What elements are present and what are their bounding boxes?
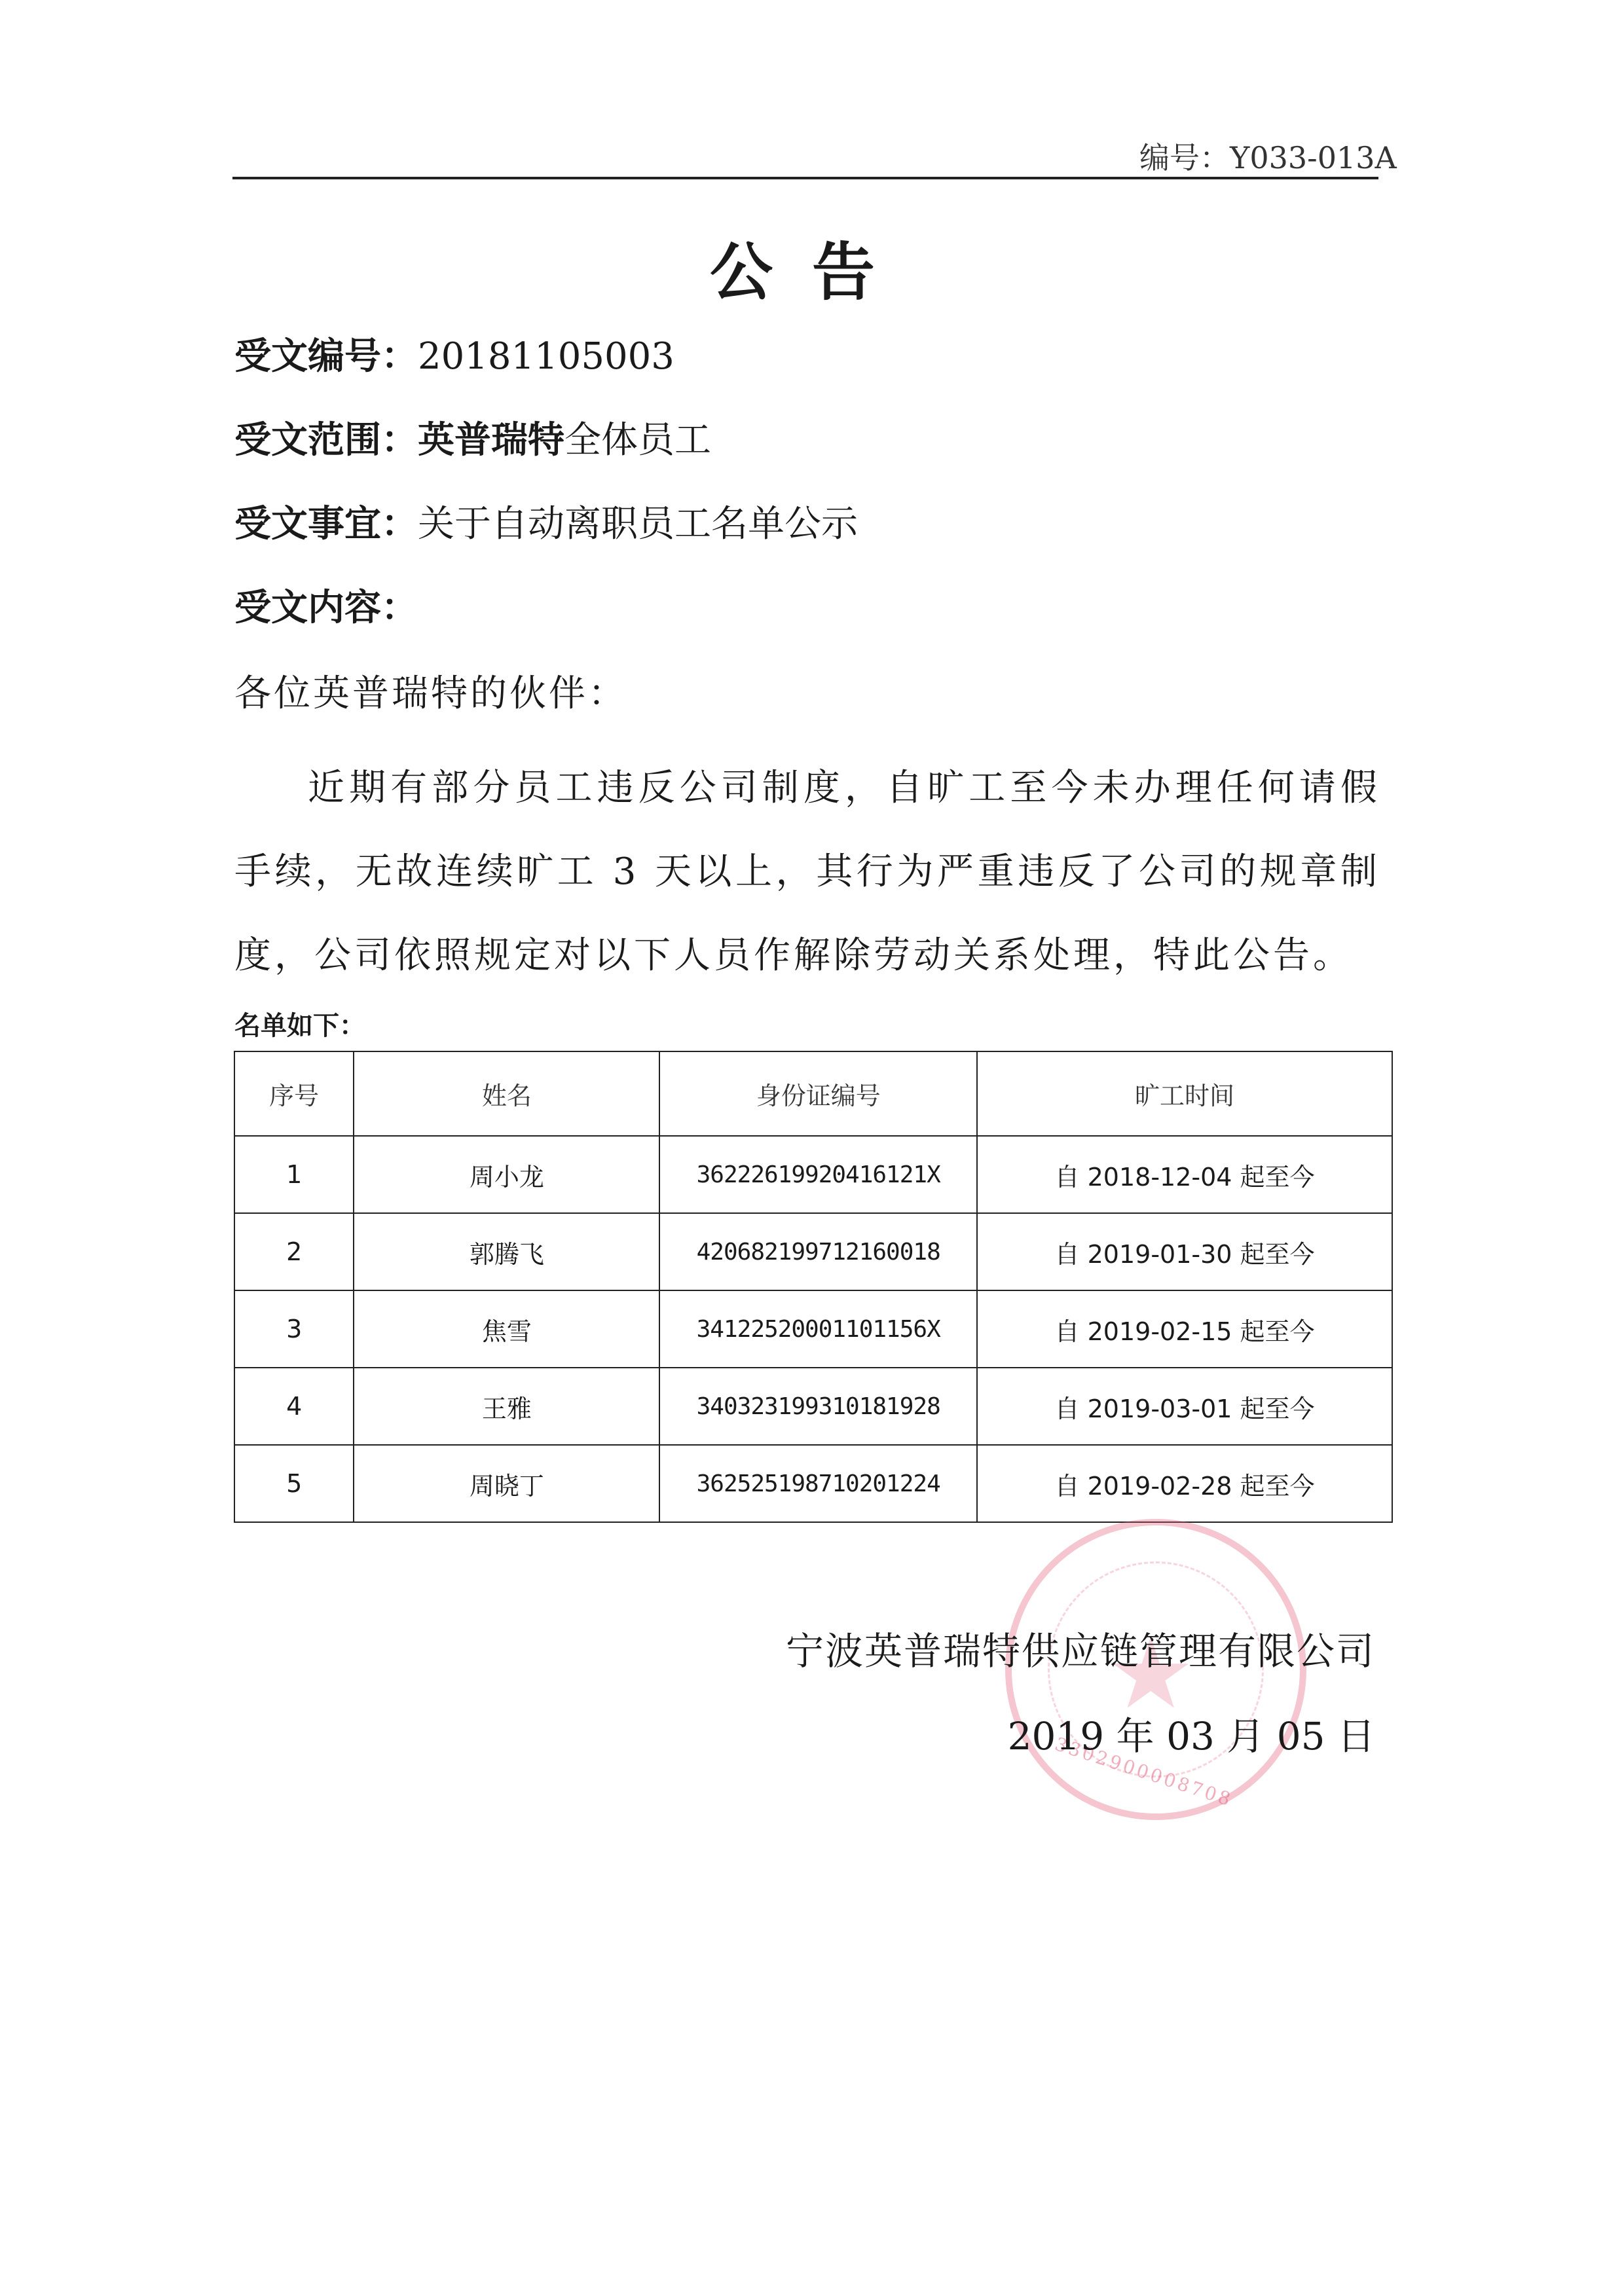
cell-no: 4	[234, 1368, 354, 1445]
cell-name: 周小龙	[354, 1136, 659, 1213]
cell-absence: 自 2019-02-15 起至今	[977, 1290, 1392, 1368]
cell-name: 郭腾飞	[354, 1213, 659, 1290]
cell-absence: 自 2018-12-04 起至今	[977, 1136, 1392, 1213]
field-label: 受文内容：	[234, 587, 418, 629]
field-label: 受文事宜：	[234, 503, 418, 545]
cell-id: 36222619920416121X	[659, 1136, 977, 1213]
table-row: 5 周晓丁 362525198710201224 自 2019-02-28 起至…	[234, 1445, 1392, 1522]
field-value-bold: 英普瑞特	[418, 419, 564, 462]
cell-no: 1	[234, 1136, 354, 1213]
table-row: 2 郭腾飞 420682199712160018 自 2019-01-30 起至…	[234, 1213, 1392, 1290]
list-label: 名单如下：	[234, 1005, 365, 1042]
table-row: 1 周小龙 36222619920416121X 自 2018-12-04 起至…	[234, 1136, 1392, 1213]
column-header-id: 身份证编号	[659, 1051, 977, 1136]
company-name: 宁波英普瑞特供应链管理有限公司	[786, 1620, 1375, 1675]
cell-no: 3	[234, 1290, 354, 1368]
notice-paragraph: 近期有部分员工违反公司制度，自旷工至今未办理任何请假手续，无故连续旷工 3 天以…	[234, 746, 1380, 998]
field-doc-id: 受文编号：20181105003	[234, 327, 674, 380]
cell-name: 周晓丁	[354, 1445, 659, 1522]
greeting: 各位英普瑞特的伙伴：	[234, 665, 627, 717]
cell-id: 362525198710201224	[659, 1445, 977, 1522]
cell-name: 焦雪	[354, 1290, 659, 1368]
field-scope: 受文范围：英普瑞特全体员工	[234, 411, 711, 464]
page-title: 公告	[0, 223, 1624, 312]
employee-table: 序号 姓名 身份证编号 旷工时间 1 周小龙 36222619920416121…	[234, 1051, 1393, 1523]
cell-id: 34122520001101156X	[659, 1290, 977, 1368]
signature-date: 2019 年 03 月 05 日	[1008, 1705, 1375, 1760]
field-value: 20181105003	[418, 335, 674, 378]
field-label: 受文编号：	[234, 335, 418, 378]
cell-absence: 自 2019-03-01 起至今	[977, 1368, 1392, 1445]
cell-no: 2	[234, 1213, 354, 1290]
field-value: 关于自动离职员工名单公示	[418, 503, 858, 545]
field-subject: 受文事宜：关于自动离职员工名单公示	[234, 495, 858, 547]
field-value: 全体员工	[564, 419, 711, 462]
cell-name: 王雅	[354, 1368, 659, 1445]
table-row: 4 王雅 340323199310181928 自 2019-03-01 起至今	[234, 1368, 1392, 1445]
field-label: 受文范围：	[234, 419, 418, 462]
field-content: 受文内容：	[234, 579, 418, 631]
cell-id: 340323199310181928	[659, 1368, 977, 1445]
cell-absence: 自 2019-01-30 起至今	[977, 1213, 1392, 1290]
table-row: 3 焦雪 34122520001101156X 自 2019-02-15 起至今	[234, 1290, 1392, 1368]
cell-absence: 自 2019-02-28 起至今	[977, 1445, 1392, 1522]
header-divider	[232, 177, 1378, 179]
document-number: 编号：Y033-013A	[1139, 134, 1397, 177]
cell-id: 420682199712160018	[659, 1213, 977, 1290]
column-header-no: 序号	[234, 1051, 354, 1136]
table-header-row: 序号 姓名 身份证编号 旷工时间	[234, 1051, 1392, 1136]
column-header-name: 姓名	[354, 1051, 659, 1136]
cell-no: 5	[234, 1445, 354, 1522]
column-header-absence: 旷工时间	[977, 1051, 1392, 1136]
